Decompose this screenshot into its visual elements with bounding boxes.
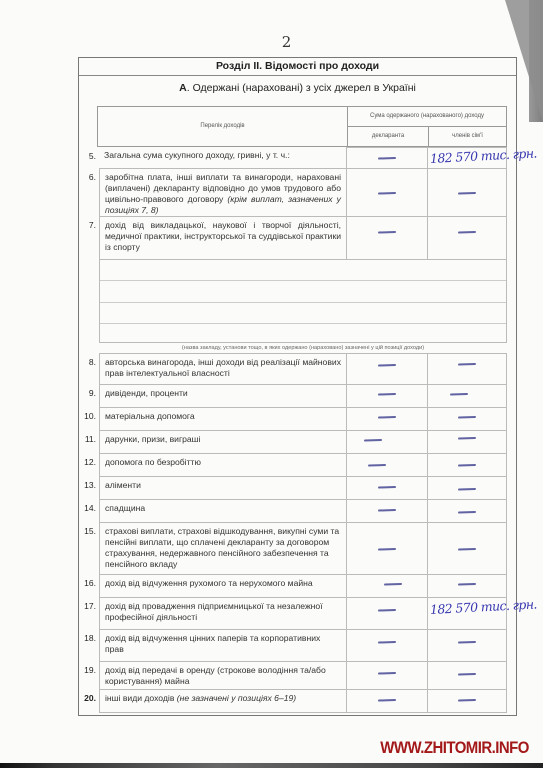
row-number: 7. [79,216,96,259]
row-number: 12. [79,453,96,476]
family-value-cell: 182 570 тис. грн. [428,147,507,168]
row-text: авторська винагорода, інші доходи від ре… [105,357,341,378]
family-value-cell: 182 570 тис. грн. [428,597,507,629]
table-row-19: 19. дохід від передачі в оренду (строков… [79,661,518,689]
handwritten-dash [378,191,396,193]
subsection-letter: А [179,82,187,94]
blank-line [100,302,506,303]
handwritten-dash [378,393,396,395]
family-value-cell [428,216,507,259]
row-number: 10. [79,407,96,430]
table-row-18: 18. дохід від відчуження цінних паперів … [79,629,518,661]
row-description: допомога по безробіттю [99,453,347,476]
table-row-17: 17. дохід від провадження підприємницько… [79,597,518,629]
declarant-value-cell [347,353,428,384]
handwritten-dash [458,464,476,466]
handwritten-dash [458,488,476,490]
declarant-value-cell [347,522,428,574]
row-description: дохід від відчуження цінних паперів та к… [99,629,347,661]
header-income-sum: Сума одержаного (нарахованого) доходу [348,107,506,127]
row-description: Загальна сума сукупного доходу, гривні, … [99,147,347,168]
subsection-title: А. Одержані (нараховані) з усіх джерел в… [79,82,516,94]
table-row-9: 9. дивіденди, проценти [79,384,518,407]
row-text: Загальна сума сукупного доходу, гривні, … [104,150,290,160]
handwritten-amount: 182 570 тис. грн. [430,145,537,166]
row-text: дохід від викладацької, наукової і творч… [105,220,341,252]
handwritten-dash [458,363,476,365]
handwritten-dash [378,157,396,159]
table-row-15: 15. страхові виплати, страхові відшкодув… [79,522,518,574]
handwritten-amount: 182 570 тис. грн. [430,596,537,617]
declarant-value-cell [347,216,428,259]
handwritten-dash [378,231,396,233]
row-number: 8. [79,353,96,384]
row-description: дохід від передачі в оренду (строкове во… [99,661,347,689]
handwritten-dash [378,609,396,611]
row-number: 14. [79,499,96,522]
table-row-5: 5. Загальна сума сукупного доходу, гривн… [79,147,518,168]
row-text: матеріальна допомога [105,411,195,421]
row-description: інші види доходів (не зазначені у позиці… [99,689,347,712]
handwritten-dash [458,641,476,643]
row-text: дохід від передачі в оренду (строкове во… [105,665,326,686]
subsection-text: . Одержані (нараховані) з усіх джерел в … [187,82,416,94]
row-description: дивіденди, проценти [99,384,347,407]
table-row-10: 10. матеріальна допомога [79,407,518,430]
section-title: Розділ ІІ. Відомості про доходи [79,58,516,76]
declarant-value-cell [347,476,428,499]
row-text: дохід від відчуження цінних паперів та к… [105,633,320,654]
table-row-7: 7. дохід від викладацької, наукової і тв… [79,216,518,259]
handwritten-dash [458,231,476,233]
row-number: 11. [79,430,96,453]
row-number: 9. [79,384,96,407]
handwritten-dash [458,547,476,549]
declarant-value-cell [347,689,428,712]
row-description: дарунки, призи, виграші [99,430,347,453]
table-row-12: 12. допомога по безробіттю [79,453,518,476]
row-description: заробітна плата, інші виплати та винагор… [99,168,347,216]
handwritten-dash [378,672,396,674]
family-value-cell [428,499,507,522]
row-text: дивіденди, проценти [105,388,188,398]
table-row-11: 11. дарунки, призи, виграші [79,430,518,453]
handwritten-dash [378,416,396,418]
handwritten-dash [368,464,386,466]
declarant-value-cell [347,629,428,661]
handwritten-dash [378,486,396,488]
table-bottom-border [99,712,507,713]
handwritten-dash [458,583,476,585]
family-value-cell [428,384,507,407]
row-description: дохід від провадження підприємницької та… [99,597,347,629]
row-text: дарунки, призи, виграші [105,434,200,444]
row-note: (не зазначені у позиціях 6–19) [177,693,296,703]
row-number: 6. [79,168,96,216]
table-row-13: 13. аліменти [79,476,518,499]
row-text: страхові виплати, страхові відшкодування… [105,526,339,569]
header-declarant: декларанта [348,127,429,146]
handwritten-dash [458,416,476,418]
row-number: 17. [79,597,96,629]
handwritten-dash [458,673,476,675]
handwritten-dash [378,364,396,366]
row-number: 15. [79,522,96,574]
table-row-20: 20. інші види доходів (не зазначені у по… [79,689,518,712]
declarant-value-cell [347,574,428,597]
table-row-8: 8. авторська винагорода, інші доходи від… [79,353,518,384]
declarant-value-cell [347,661,428,689]
handwritten-dash [378,641,396,643]
table-header: Перелік доходів Сума одержаного (нарахов… [97,106,507,147]
declarant-value-cell [347,168,428,216]
blank-line [100,280,506,281]
institution-blank-lines [99,259,507,343]
row-text: інші види доходів [105,693,177,703]
family-value-cell [428,574,507,597]
row-description: дохід від відчуження рухомого та нерухом… [99,574,347,597]
declarant-value-cell [347,453,428,476]
table-row-14: 14. спадщина [79,499,518,522]
income-section-box: Розділ ІІ. Відомості про доходи А. Одерж… [78,57,517,716]
handwritten-dash [458,699,476,701]
table-row-6: 6. заробітна плата, інші виплати та вина… [79,168,518,216]
family-value-cell [428,522,507,574]
row-description: авторська винагорода, інші доходи від ре… [99,353,347,384]
row-description: аліменти [99,476,347,499]
header-family: членів сім'ї [429,127,506,146]
declarant-value-cell [347,384,428,407]
declarant-value-cell [347,430,428,453]
table-row-16: 16. дохід від відчуження рухомого та нер… [79,574,518,597]
handwritten-dash [378,509,396,511]
header-income-list: Перелік доходів [98,107,348,146]
handwritten-dash [378,699,396,701]
family-value-cell [428,168,507,216]
handwritten-dash [378,547,396,549]
row-description: спадщина [99,499,347,522]
row-text: допомога по безробіттю [105,457,201,467]
row-number: 5. [79,147,96,168]
declarant-value-cell [347,147,428,168]
row-text: аліменти [105,480,141,490]
row-text: дохід від провадження підприємницької та… [105,601,323,622]
handwritten-dash [384,583,402,585]
row-number: 19. [79,661,96,689]
handwritten-dash [458,511,476,513]
family-value-cell [428,453,507,476]
handwritten-dash [364,439,382,441]
family-value-cell [428,661,507,689]
row-number: 16. [79,574,96,597]
family-value-cell [428,407,507,430]
row-text: спадщина [105,503,145,513]
row-number: 13. [79,476,96,499]
row-description: матеріальна допомога [99,407,347,430]
family-value-cell [428,476,507,499]
row-number: 18. [79,629,96,661]
declarant-value-cell [347,407,428,430]
family-value-cell [428,430,507,453]
row-number: 20. [79,689,96,712]
page-number: 2 [0,33,543,51]
declarant-value-cell [347,597,428,629]
blank-line [100,323,506,324]
family-value-cell [428,353,507,384]
handwritten-dash [458,191,476,193]
row-description: дохід від викладацької, наукової і творч… [99,216,347,259]
row-description: страхові виплати, страхові відшкодування… [99,522,347,574]
site-watermark: WWW.ZHITOMIR.INFO [380,738,529,758]
handwritten-dash [450,393,468,395]
institution-caption: (назва закладу, установи тощо, в яких од… [99,345,507,351]
family-value-cell [428,689,507,712]
family-value-cell [428,629,507,661]
row-text: дохід від відчуження рухомого та нерухом… [105,578,313,588]
scan-bottom-edge [0,763,543,768]
declarant-value-cell [347,499,428,522]
handwritten-dash [458,437,476,439]
